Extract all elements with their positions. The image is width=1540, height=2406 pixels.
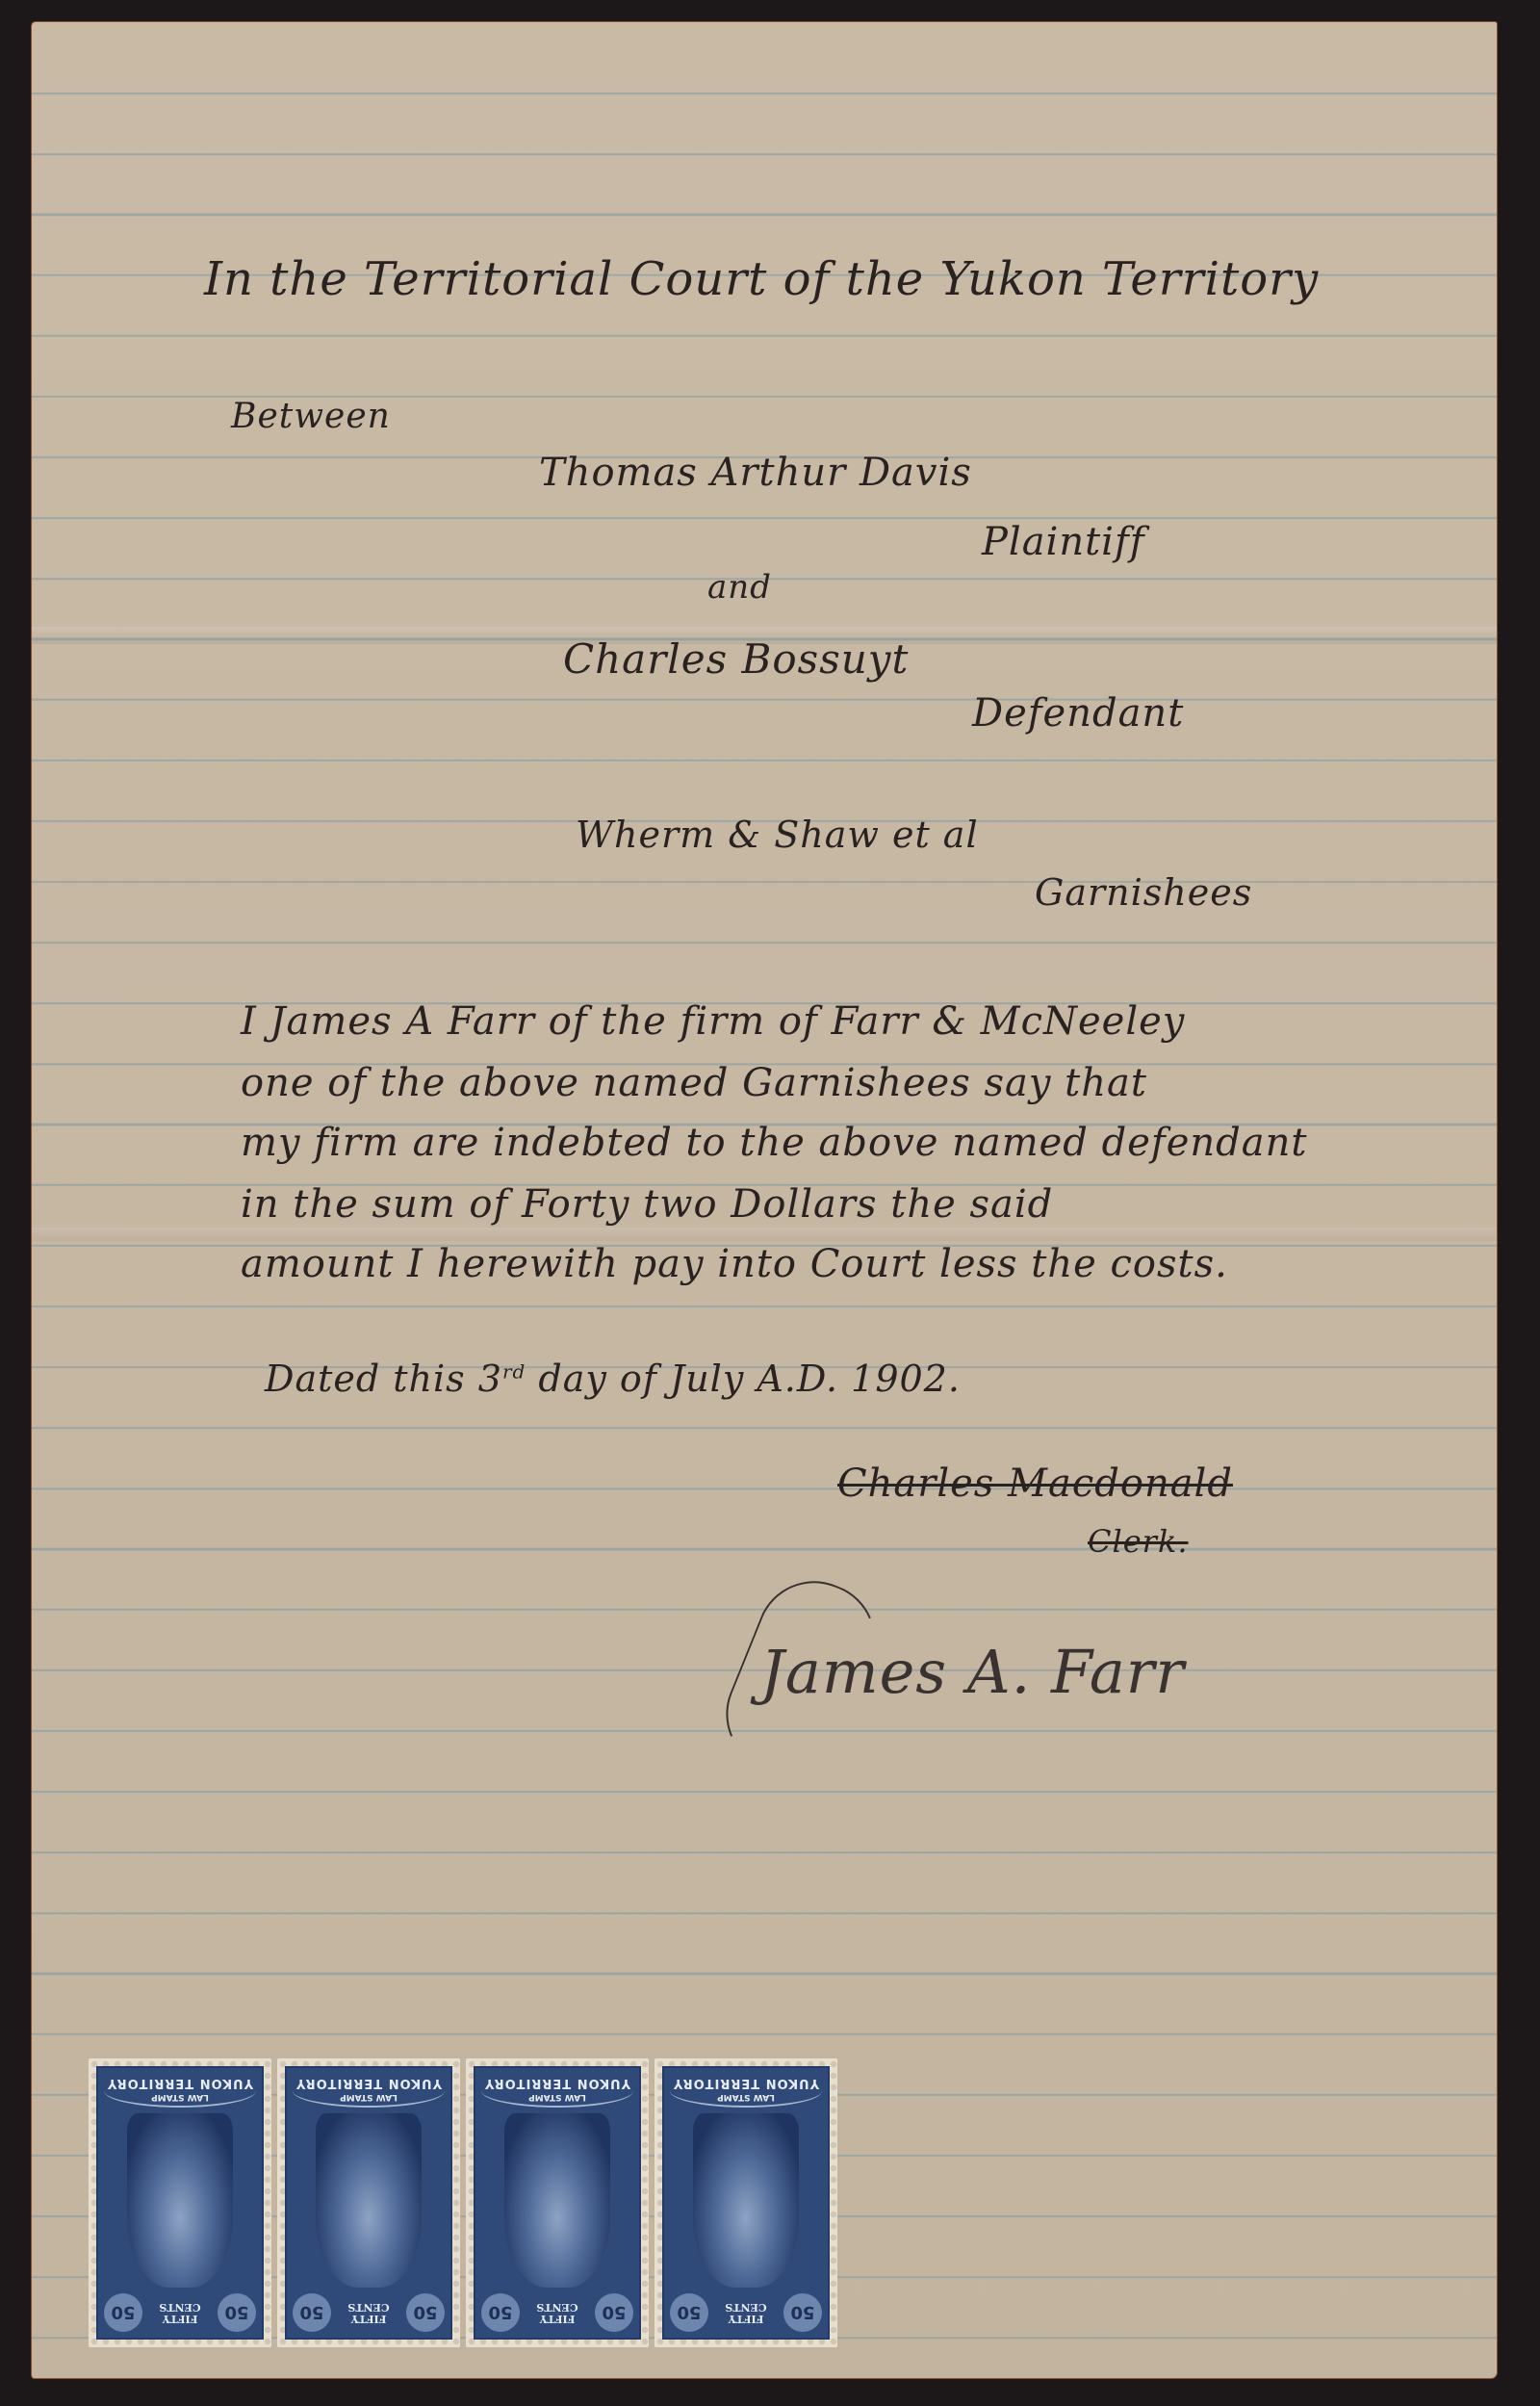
stamp-top-label: FIFTY <box>725 2313 766 2324</box>
stamp-territory: YUKON TERRITORY <box>104 2074 256 2090</box>
dated-prefix: Dated this 3 <box>265 1358 502 1400</box>
law-stamp: 50 FIFTYCENTS 50 LAW STAMP YUKON TERRITO… <box>89 2058 271 2347</box>
law-stamps-strip: 50 FIFTYCENTS 50 LAW STAMP YUKON TERRITO… <box>89 2058 837 2347</box>
defendant-name: Charles Bossuyt <box>563 635 909 683</box>
stamp-banner-text: LAW STAMP <box>104 2090 256 2102</box>
stamp-bottom-label: CENTS <box>536 2301 577 2313</box>
dated-line: Dated this 3rd day of July A.D. 1902. <box>265 1358 961 1400</box>
struck-clerk-title: Clerk. <box>1088 1523 1189 1560</box>
plaintiff-role: Plaintiff <box>982 520 1145 564</box>
fold-crease-lower <box>32 1228 1497 1241</box>
dated-suffix: day of July A.D. 1902. <box>526 1358 961 1400</box>
defendant-role: Defendant <box>972 691 1184 736</box>
and-label: and <box>707 568 772 607</box>
body-line: I James A Farr of the firm of Farr & McN… <box>241 999 1185 1044</box>
stamp-bottom-label: CENTS <box>159 2301 200 2313</box>
court-heading: In the Territorial Court of the Yukon Te… <box>204 252 1319 306</box>
struck-clerk-name: Charles Macdonald <box>837 1462 1233 1506</box>
garnishees-role: Garnishees <box>1035 871 1252 914</box>
stamp-denomination: 50 <box>218 2293 256 2332</box>
stamp-top-label: FIFTY <box>536 2313 577 2324</box>
dated-ordinal: rd <box>502 1359 526 1383</box>
stamp-territory: YUKON TERRITORY <box>293 2074 445 2090</box>
stamp-denomination: 50 <box>783 2293 822 2332</box>
stamp-territory: YUKON TERRITORY <box>481 2074 633 2090</box>
body-line: amount I herewith pay into Court less th… <box>241 1242 1228 1286</box>
portrait-icon <box>316 2113 423 2288</box>
stamp-denomination: 50 <box>293 2293 331 2332</box>
law-stamp: 50 FIFTYCENTS 50 LAW STAMP YUKON TERRITO… <box>277 2058 460 2347</box>
stamp-bottom-label: CENTS <box>347 2301 389 2313</box>
stamp-banner-text: LAW STAMP <box>481 2090 633 2102</box>
stamp-bottom-label: CENTS <box>725 2301 766 2313</box>
law-stamp: 50 FIFTYCENTS 50 LAW STAMP YUKON TERRITO… <box>466 2058 649 2347</box>
plaintiff-name: Thomas Arthur Davis <box>539 451 972 495</box>
portrait-icon <box>693 2113 800 2288</box>
stamp-denomination: 50 <box>481 2293 520 2332</box>
stamp-top-label: FIFTY <box>159 2313 200 2324</box>
stamp-banner-text: LAW STAMP <box>670 2090 822 2102</box>
between-label: Between <box>231 397 391 436</box>
stamp-banner-text: LAW STAMP <box>293 2090 445 2102</box>
body-line: my firm are indebted to the above named … <box>241 1121 1307 1165</box>
body-line: one of the above named Garnishees say th… <box>241 1061 1147 1105</box>
portrait-icon <box>127 2113 234 2288</box>
stamp-denomination: 50 <box>406 2293 445 2332</box>
garnishees-name: Wherm & Shaw et al <box>576 814 979 856</box>
stamp-denomination: 50 <box>595 2293 633 2332</box>
portrait-icon <box>504 2113 611 2288</box>
signature: James A. Farr <box>760 1637 1185 1707</box>
stamp-territory: YUKON TERRITORY <box>670 2074 822 2090</box>
law-stamp: 50 FIFTYCENTS 50 LAW STAMP YUKON TERRITO… <box>654 2058 837 2347</box>
stamp-denomination: 50 <box>104 2293 142 2332</box>
struck-clerk-title-text: Clerk. <box>1088 1523 1189 1560</box>
body-line: in the sum of Forty two Dollars the said <box>241 1182 1053 1227</box>
stamp-top-label: FIFTY <box>347 2313 389 2324</box>
stamp-denomination: 50 <box>670 2293 708 2332</box>
